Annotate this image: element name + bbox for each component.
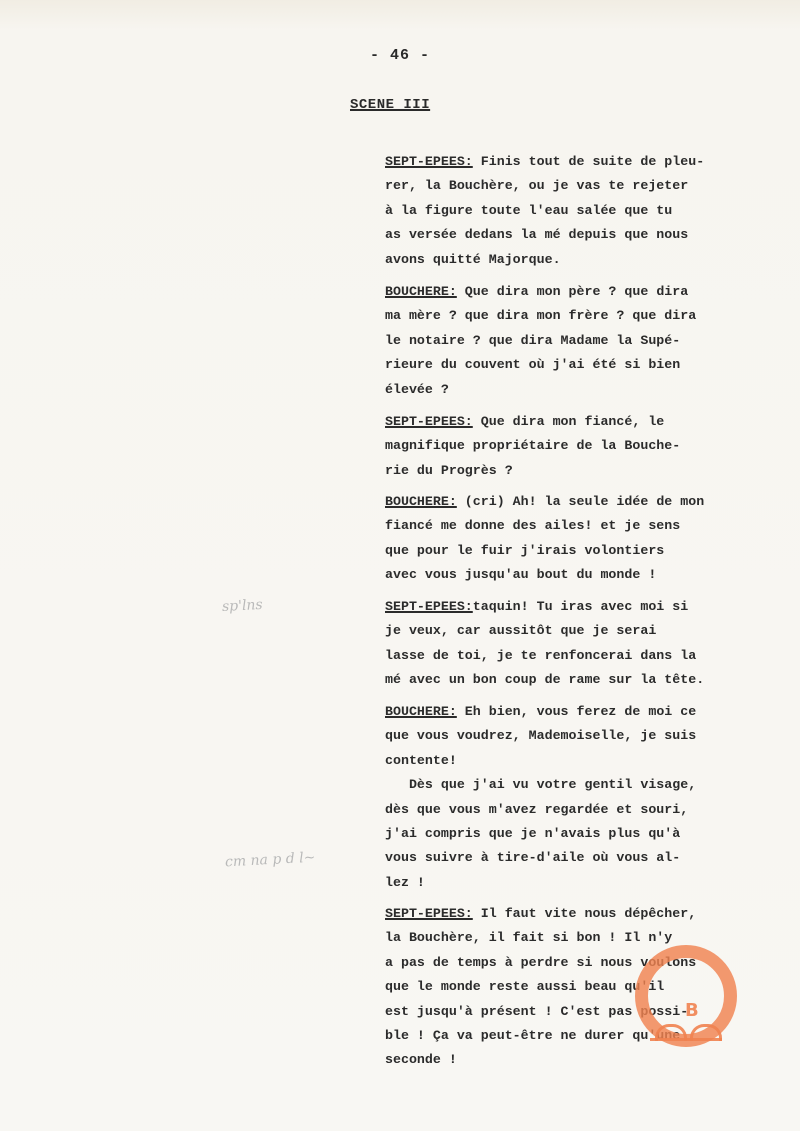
page-number: - 46 -	[0, 47, 800, 64]
speaker-name: SEPT-EPEES:	[385, 599, 473, 614]
dialogue-block: SEPT-EPEES: Que dira mon fiancé, le magn…	[385, 410, 765, 483]
speaker-name: BOUCHERE:	[385, 704, 457, 719]
dialogue-text: (cri) Ah! la seule idée de mon	[457, 494, 704, 509]
dialogue-text: que vous voudrez, Mademoiselle, je suis …	[385, 728, 696, 889]
handwritten-annotation: sp'lns	[222, 597, 263, 615]
speaker-name: SEPT-EPEES:	[385, 154, 473, 169]
dialogue-text: Eh bien, vous ferez de moi ce	[457, 704, 696, 719]
dialogue-block: BOUCHERE: Eh bien, vous ferez de moi ce …	[385, 700, 765, 895]
dialogue-block: BOUCHERE: (cri) Ah! la seule idée de mon…	[385, 490, 765, 588]
speaker-name: SEPT-EPEES:	[385, 414, 473, 429]
dialogue-text: taquin! Tu iras avec moi si	[473, 599, 688, 614]
dialogue-text: ma mère ? que dira mon frère ? que dira …	[385, 308, 696, 396]
dialogue-text: je veux, car aussitôt que je serai lasse…	[385, 623, 704, 687]
speaker-name: SEPT-EPEES:	[385, 906, 473, 921]
document-page: - 46 - SCENE III SEPT-EPEES: Finis tout …	[0, 0, 800, 1131]
dialogue-text: magnifique propriétaire de la Bouche- ri…	[385, 438, 680, 477]
dialogue-block: SEPT-EPEES: Finis tout de suite de pleu-…	[385, 150, 765, 272]
scene-title: SCENE III	[350, 97, 430, 113]
dialogue-block: SEPT-EPEES:taquin! Tu iras avec moi si j…	[385, 595, 765, 693]
dialogue-text: Que dira mon fiancé, le	[473, 414, 665, 429]
handwritten-annotation: cm na p d l~	[225, 850, 316, 871]
speaker-name: BOUCHERE:	[385, 494, 457, 509]
dialogue-text: Que dira mon père ? que dira	[457, 284, 688, 299]
speaker-name: BOUCHERE:	[385, 284, 457, 299]
dialogue-block: BOUCHERE: Que dira mon père ? que dira m…	[385, 280, 765, 402]
dialogue-text: Il faut vite nous dépêcher,	[473, 906, 696, 921]
stamp-letter: B	[685, 1000, 699, 1021]
stamp-base-icon	[650, 1038, 722, 1041]
dialogue-text: Finis tout de suite de pleu-	[473, 154, 704, 169]
library-stamp-icon	[635, 945, 737, 1047]
dialogue-text: rer, la Bouchère, ou je vas te rejeter à…	[385, 178, 688, 266]
dialogue-text: fiancé me donne des ailes! et je sens qu…	[385, 518, 680, 582]
